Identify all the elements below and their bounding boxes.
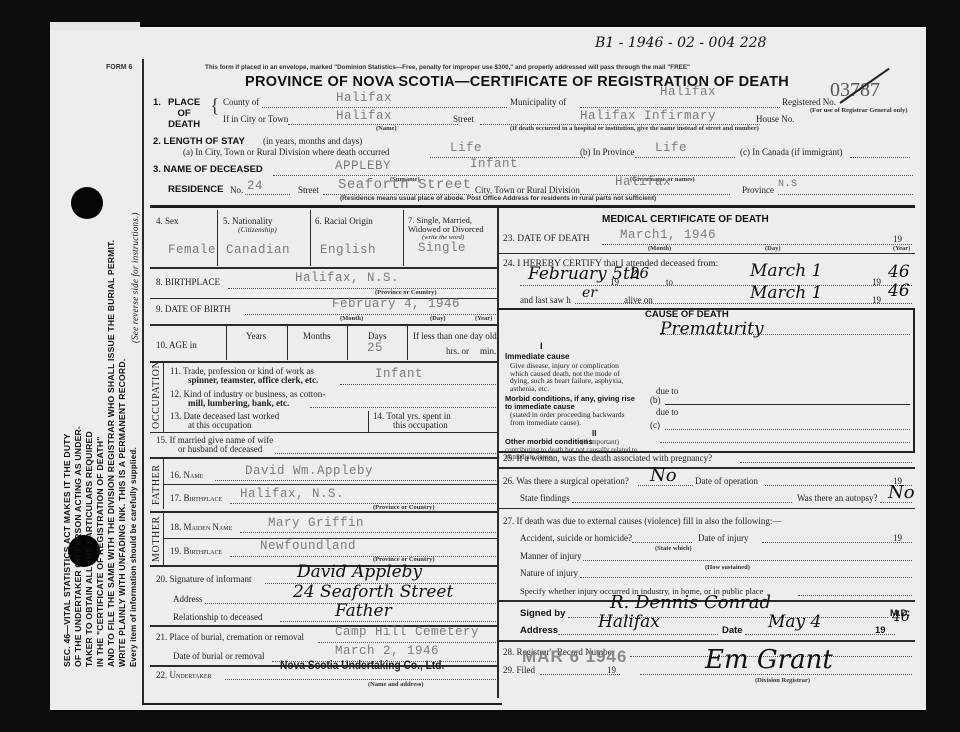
accident-label: Accident, suicide or homicide?	[520, 533, 632, 543]
q23-label: 23. DATE OF DEATH	[503, 234, 590, 244]
alive-on-value: March 1	[750, 283, 822, 303]
q13-sub: at this occupation	[188, 420, 251, 430]
q12-sub: mill, lumbering, bank, etc.	[188, 398, 289, 408]
surgery-value: No	[650, 465, 677, 486]
due-to-2: due to	[656, 407, 678, 417]
hospital-value: Halifax Infirmary	[580, 109, 716, 123]
cause-b-label: (b)	[650, 395, 661, 405]
q23-day-sub: (Day)	[765, 245, 781, 252]
occupation-side-label: OCCUPATION	[151, 361, 162, 429]
immediate-cause-value: Prematurity	[660, 319, 764, 339]
informant-address-value: 24 Seaforth Street	[293, 582, 453, 602]
attended-to-value: March 1	[750, 261, 822, 281]
last-saw-label: and last saw h	[520, 295, 571, 305]
state-which-sub: (State which)	[655, 545, 692, 552]
q1-number: 1.	[153, 97, 161, 108]
side-text-1: SEC. 46—VITAL STATISTICS ACT MAKES IT TH…	[62, 433, 72, 667]
q15-sub: or husband of deceased	[178, 444, 262, 454]
attended-from-year: 26	[630, 264, 649, 282]
father-birthplace-value: Halifax, N.S.	[240, 487, 344, 501]
q22-label: 22. Undertaker	[156, 670, 212, 680]
q9-label: 9. DATE OF BIRTH	[156, 304, 230, 314]
q17-label: 17. Birthplace	[170, 493, 222, 503]
racial-value: English	[320, 243, 376, 257]
q6-label: 6. Racial Origin	[315, 216, 373, 226]
relationship-label: Relationship to deceased	[173, 612, 262, 622]
q7-label: 7. Single, Married,Widowed or Divorced	[408, 216, 484, 234]
age-years-label: Years	[246, 331, 266, 341]
age-days-label: Days	[368, 331, 387, 341]
alive-19: 19	[872, 295, 881, 305]
residence-street-value: Seaforth Street	[338, 177, 472, 193]
q7-sub: (write the word)	[422, 234, 464, 241]
attended-to-year: 46	[888, 262, 910, 282]
q24-to: to	[666, 277, 673, 287]
side-text-4: IN THE "CERTIFICATE OF REGISTRATION OF D…	[95, 436, 105, 667]
q23-year-sub: (Year)	[893, 245, 910, 252]
q26-label: 26. Was there a surgical operation?	[503, 476, 629, 486]
age-months-label: Months	[303, 331, 331, 341]
nature-label: Nature of injury	[520, 568, 578, 578]
q10-label: 10. AGE in	[156, 340, 197, 350]
father-name-value: David Wm.Appleby	[245, 464, 373, 478]
q2b-value: Life	[655, 141, 687, 155]
q23-19: 19	[893, 234, 902, 244]
brace: {	[210, 95, 220, 118]
mother-maiden-value: Mary Griffin	[268, 516, 364, 530]
registered-no-label: Registered No.	[782, 97, 836, 107]
residence-no-label: No.	[230, 185, 243, 195]
side-text-5: AND TO FILE THE SAME WITH THE DIVISION R…	[106, 240, 116, 667]
file-number: B1 - 1946 - 02 - 004 228	[595, 35, 766, 51]
bottom-rule	[142, 703, 502, 705]
burial-place-value: Camp Hill Cemetery	[335, 625, 479, 639]
residence-label: RESIDENCE	[168, 184, 223, 195]
filed-date-stamp: MAR 6 1946	[522, 647, 627, 667]
alive-year: 46	[888, 281, 910, 301]
age-hrs-label: hrs. or	[446, 346, 469, 356]
operation-date-label: Date of operation	[695, 476, 758, 486]
division-registrar-signature: Em Grant	[705, 645, 833, 675]
municipality-value: Halifax	[660, 85, 716, 99]
side-text-2: OF THE UNDERTAKER OR PERSON ACTING AS UN…	[73, 426, 83, 667]
q29-label: 29. Filed	[503, 665, 535, 675]
dob-year-sub: (Year)	[475, 315, 492, 322]
side-text-3: TAKER TO OBTAIN ALL THE PARTICULARS REQU…	[84, 431, 94, 667]
informant-signature: David Appleby	[297, 562, 422, 582]
dob-value: February 4, 1946	[332, 297, 460, 311]
age-days-value: 25	[367, 341, 383, 355]
q8-label: 8. BIRTHPLACE	[156, 277, 220, 287]
given-value: Infant	[470, 157, 518, 171]
undertaker-value: Nova Scotia Undertaking Co., Ltd.	[280, 658, 444, 672]
q14-sub: this occupation	[393, 420, 448, 430]
q2b-label: (b) In Province	[580, 147, 634, 157]
immediate-cause-desc: Give disease, injury or complication whi…	[510, 362, 638, 392]
injury-19: 19	[893, 533, 902, 543]
mother-side-label: MOTHER	[151, 516, 162, 562]
division-registrar-sub: (Division Registrar)	[755, 677, 810, 684]
q3-label: 3. NAME OF DECEASED	[153, 164, 263, 175]
injury-date-label: Date of injury	[698, 533, 748, 543]
side-text-7: Every item of information should be care…	[129, 447, 138, 667]
q1-label: PLACEOFDEATH	[168, 97, 200, 130]
form-label: FORM 6	[106, 64, 132, 71]
dob-month-sub: (Month)	[340, 315, 363, 322]
medical-title: MEDICAL CERTIFICATE OF DEATH	[602, 214, 769, 225]
birthplace-value: Halifax, N.S.	[295, 271, 399, 285]
side-text-6: WRITE PLAINLY WITH UNFADING INK. THIS IS…	[117, 359, 127, 667]
side-text-8: (See reverse side for instructions.)	[130, 212, 140, 343]
residence-province-label: Province	[742, 185, 774, 195]
q2-sub: (in years, months and days)	[263, 136, 362, 146]
physician-signature: R. Dennis Conrad	[610, 592, 771, 613]
undertaker-sub: (Name and address)	[368, 681, 424, 688]
city-value: Halifax	[336, 109, 392, 123]
physician-date-value: May 4	[768, 612, 821, 632]
informant-address-label: Address	[173, 594, 203, 604]
morbid-label: Morbid conditions, if any, giving rise t…	[505, 395, 640, 411]
q24-19a: 19	[610, 277, 619, 287]
cause-c-label: (c)	[650, 420, 660, 430]
nationality-value: Canadian	[226, 243, 290, 257]
burial-date-label: Date of burial or removal	[173, 651, 264, 661]
father-side-label: FATHER	[151, 464, 162, 505]
how-sustained-sub: (How sustained)	[705, 564, 750, 571]
mother-birthplace-value: Newfoundland	[260, 539, 356, 553]
city-sub: (Name)	[376, 125, 397, 132]
county-label: County of	[223, 97, 259, 107]
relationship-value: Father	[335, 601, 392, 621]
autopsy-label: Was there an autopsy?	[797, 493, 878, 503]
q2-label: 2. LENGTH OF STAY	[153, 136, 245, 147]
dob-day-sub: (Day)	[430, 315, 446, 322]
occupation-value: Infant	[375, 367, 423, 381]
manner-label: Manner of injury	[520, 551, 581, 561]
binding-hole-top	[71, 187, 103, 219]
left-frame-rule	[142, 59, 144, 704]
q4-label: 4. Sex	[156, 216, 179, 226]
column-divider	[497, 208, 499, 698]
autopsy-value: No	[888, 482, 915, 503]
q29-19: 19	[607, 665, 616, 675]
physician-date-year: 46	[892, 609, 910, 625]
mailing-notice: This form if placed in an envelope, mark…	[205, 64, 690, 71]
residence-province-value: N.S	[778, 179, 798, 190]
findings-label: State findings	[520, 493, 570, 503]
q27-label: 27. If death was due to external causes …	[503, 516, 781, 526]
section-separator	[150, 205, 915, 208]
q5-sub: (Citizenship)	[238, 225, 277, 234]
q2a-label: (a) In City, Town or Rural Division wher…	[183, 147, 390, 157]
cause-part-ii: II	[592, 429, 596, 438]
residence-no-value: 24	[247, 179, 263, 193]
city-label: If in City or Town	[223, 114, 288, 124]
residence-note: (Residence means usual place of abode. P…	[340, 195, 656, 202]
residence-city-value: Halifax	[615, 175, 671, 189]
physician-address-label: Address	[520, 625, 558, 636]
q2c-label: (c) In Canada (if immigrant)	[740, 147, 842, 157]
house-no-label: House No.	[756, 114, 795, 124]
last-saw-her: er	[582, 285, 597, 301]
q24-19b: 19	[872, 277, 881, 287]
q19-label: 19. Birthplace	[170, 546, 222, 556]
certificate-paper: SEC. 46—VITAL STATISTICS ACT MAKES IT TH…	[50, 27, 926, 710]
county-value: Halifax	[336, 91, 392, 105]
physician-date-19: 19	[875, 625, 886, 636]
physician-date-label: Date	[722, 625, 743, 636]
q21-label: 21. Place of burial, cremation or remova…	[156, 632, 304, 642]
father-birthplace-sub: (Province or Country)	[373, 504, 435, 511]
q20-label: 20. Signature of informant	[156, 574, 251, 584]
physician-address-value: Halifax	[598, 612, 660, 632]
street-label: Street	[453, 114, 474, 124]
birthplace-sub: (Province or Country)	[375, 289, 437, 296]
residence-street-label: Street	[298, 185, 319, 195]
registrar-general-note: (For use of Registrar General only)	[810, 107, 907, 114]
q23-month-sub: (Month)	[648, 245, 671, 252]
residence-city-label: City, Town or Rural Division	[475, 185, 580, 195]
cause-part-i: I	[540, 341, 543, 352]
date-of-death-value: March1, 1946	[620, 228, 716, 242]
alive-on-label: alive on	[624, 295, 653, 305]
attended-from-value: February 5th	[528, 264, 641, 284]
signed-by-label: Signed by	[520, 608, 565, 619]
hospital-note: (If death occurred in a hospital or inst…	[510, 125, 759, 132]
q16-label: 16. Name	[170, 470, 203, 480]
morbid-desc: (stated in order proceeding backwards fr…	[510, 411, 640, 427]
immediate-cause-label: Immediate cause	[505, 352, 569, 361]
marital-value: Single	[418, 241, 466, 255]
sex-value: Female	[168, 243, 216, 257]
age-less-label: If less than one day old	[413, 331, 497, 341]
q2a-value: Life	[450, 141, 482, 155]
surname-value: APPLEBY	[335, 159, 391, 173]
q18-label: 18. Maiden Name	[170, 522, 232, 532]
municipality-label: Municipality of	[510, 97, 566, 107]
q11-sub: spinner, teamster, office clerk, etc.	[188, 375, 318, 385]
burial-date-value: March 2, 1946	[335, 644, 439, 658]
age-min-label: min.	[480, 346, 496, 356]
q25-label: 25. If a woman, was the death associated…	[503, 453, 712, 463]
